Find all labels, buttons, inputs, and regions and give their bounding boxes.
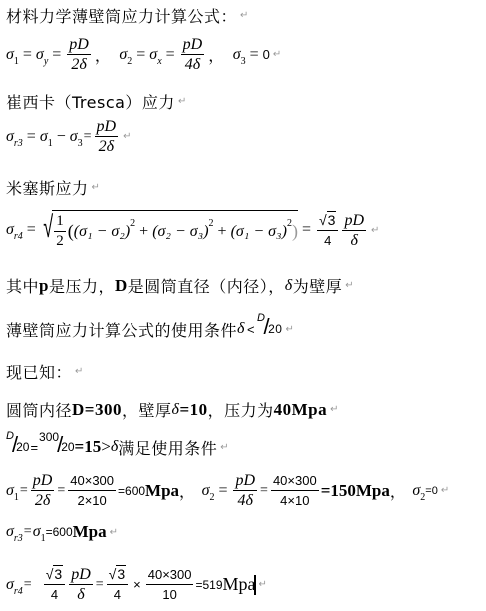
fraction-40x300-10: 40×30010 — [146, 566, 194, 603]
slash-fraction-D-20: D/20 — [6, 434, 29, 460]
fraction-40x300-4x10: 40×3004×10 — [271, 472, 319, 509]
usage-condition: 薄壁筒应力计算公式的使用条件 δ < D/20 ↵ — [6, 316, 294, 342]
sigma-1: σ1 — [40, 128, 53, 146]
separator: ， — [208, 43, 225, 66]
fraction-pD-4delta: pD4δ — [233, 472, 257, 509]
fraction-pD-2delta: pD2δ — [67, 36, 91, 73]
paragraph-mark-icon: ↵ — [371, 225, 379, 236]
heading-text: 崔西卡（Tresca）应力 — [6, 90, 175, 113]
paragraph-mark-icon: ↵ — [110, 527, 118, 538]
heading-mises: 米塞斯应力 ↵ — [6, 176, 100, 199]
term-1: (σ₁ − σ₂) — [74, 223, 130, 241]
paragraph-mark-icon: ↵ — [330, 404, 339, 415]
known-heading: 现已知： ↵ — [6, 360, 84, 383]
fraction-pD-2delta: pD2δ — [31, 472, 55, 509]
condition-check: D/20 = 300/20 =15 > δ 满足使用条件 ↵ — [6, 434, 229, 460]
fraction-pD-delta: pDδ — [69, 566, 93, 603]
term-3: (σ₁ − σ₃) — [231, 223, 287, 241]
paragraph-mark-icon: ↵ — [345, 280, 354, 291]
radical-sign-icon: √ — [43, 210, 53, 250]
paragraph-mark-icon: ↵ — [220, 442, 228, 453]
calc-tresca: σr3 = σ1 =600 Mpa ↵ — [6, 522, 118, 542]
fraction-sqrt3-4: √34 — [317, 212, 338, 249]
sigma-y: σy — [36, 46, 48, 64]
fraction-half: 12 — [54, 213, 66, 250]
paragraph-mark-icon: ↵ — [178, 96, 187, 107]
separator: ， — [95, 43, 112, 66]
fraction-pD-2delta: pD2δ — [95, 118, 119, 155]
formula-tresca: σr3 = σ1 − σ3 = pD2δ ↵ — [6, 118, 132, 155]
paragraph-mark-icon: ↵ — [240, 10, 249, 21]
given-values: 圆筒内径 D=300，壁厚δ=10，压力为 40Mpa ↵ — [6, 398, 339, 421]
fraction-40x300-2x10: 40×3002×10 — [68, 472, 116, 509]
square-root: √ 12 ( (σ₁ − σ₂)2 + (σ₂ − σ₃)2 + (σ₁ − σ… — [40, 210, 298, 250]
sigma-1: σ1 — [6, 46, 19, 64]
heading-text: 材料力学薄壁筒应力计算公式： — [6, 4, 237, 27]
sigma-r4: σr4 — [6, 221, 23, 239]
calc-von-mises: σr4 = √34 pDδ = √34 × 40×30010 =519 Mpa … — [6, 566, 267, 603]
heading-thin-wall-formula: 材料力学薄壁筒应力计算公式： ↵ — [6, 4, 249, 27]
sigma-3: σ3 — [70, 128, 83, 146]
term-2: (σ₂ − σ₃) — [152, 223, 208, 241]
sigma-2: σ2 — [119, 46, 132, 64]
paragraph-mark-icon: ↵ — [259, 579, 267, 590]
calc-principal-stresses: σ1 = pD2δ = 40×3002×10 =600 Mpa， σ2 = pD… — [6, 472, 449, 509]
sigma-r3: σr3 — [6, 128, 23, 146]
formula-principal-stresses: σ1 = σy = pD2δ ， σ2 = σx = pD4δ ， σ3 = 0… — [6, 36, 281, 73]
fraction-pD-delta: pDδ — [342, 212, 366, 249]
sigma-3-value: 0 — [263, 47, 270, 62]
paragraph-mark-icon: ↵ — [285, 324, 294, 335]
text-cursor[interactable] — [254, 575, 256, 595]
sigma-3: σ3 — [233, 46, 246, 64]
paragraph-mark-icon: ↵ — [273, 49, 281, 60]
fraction-pD-4delta: pD4δ — [181, 36, 205, 73]
paragraph-mark-icon: ↵ — [75, 366, 84, 377]
sigma-x: σx — [149, 46, 161, 64]
heading-text: 米塞斯应力 — [6, 176, 89, 199]
paragraph-mark-icon: ↵ — [92, 182, 101, 193]
fraction-sqrt3-4: √34 — [107, 566, 128, 603]
paragraph-mark-icon: ↵ — [441, 485, 449, 496]
heading-tresca: 崔西卡（Tresca）应力 ↵ — [6, 90, 187, 113]
slash-fraction-300-20: 300/20 — [39, 434, 75, 460]
fraction-sqrt3-4: √34 — [44, 566, 65, 603]
variable-definitions: 其中 p 是压力，D 是圆筒直径（内径），δ 为壁厚 ↵ — [6, 274, 354, 297]
paragraph-mark-icon: ↵ — [123, 131, 131, 142]
slash-fraction-D-20: D/20 — [257, 316, 282, 342]
formula-von-mises: σr4 = √ 12 ( (σ₁ − σ₂)2 + (σ₂ − σ₃)2 + (… — [6, 210, 379, 250]
